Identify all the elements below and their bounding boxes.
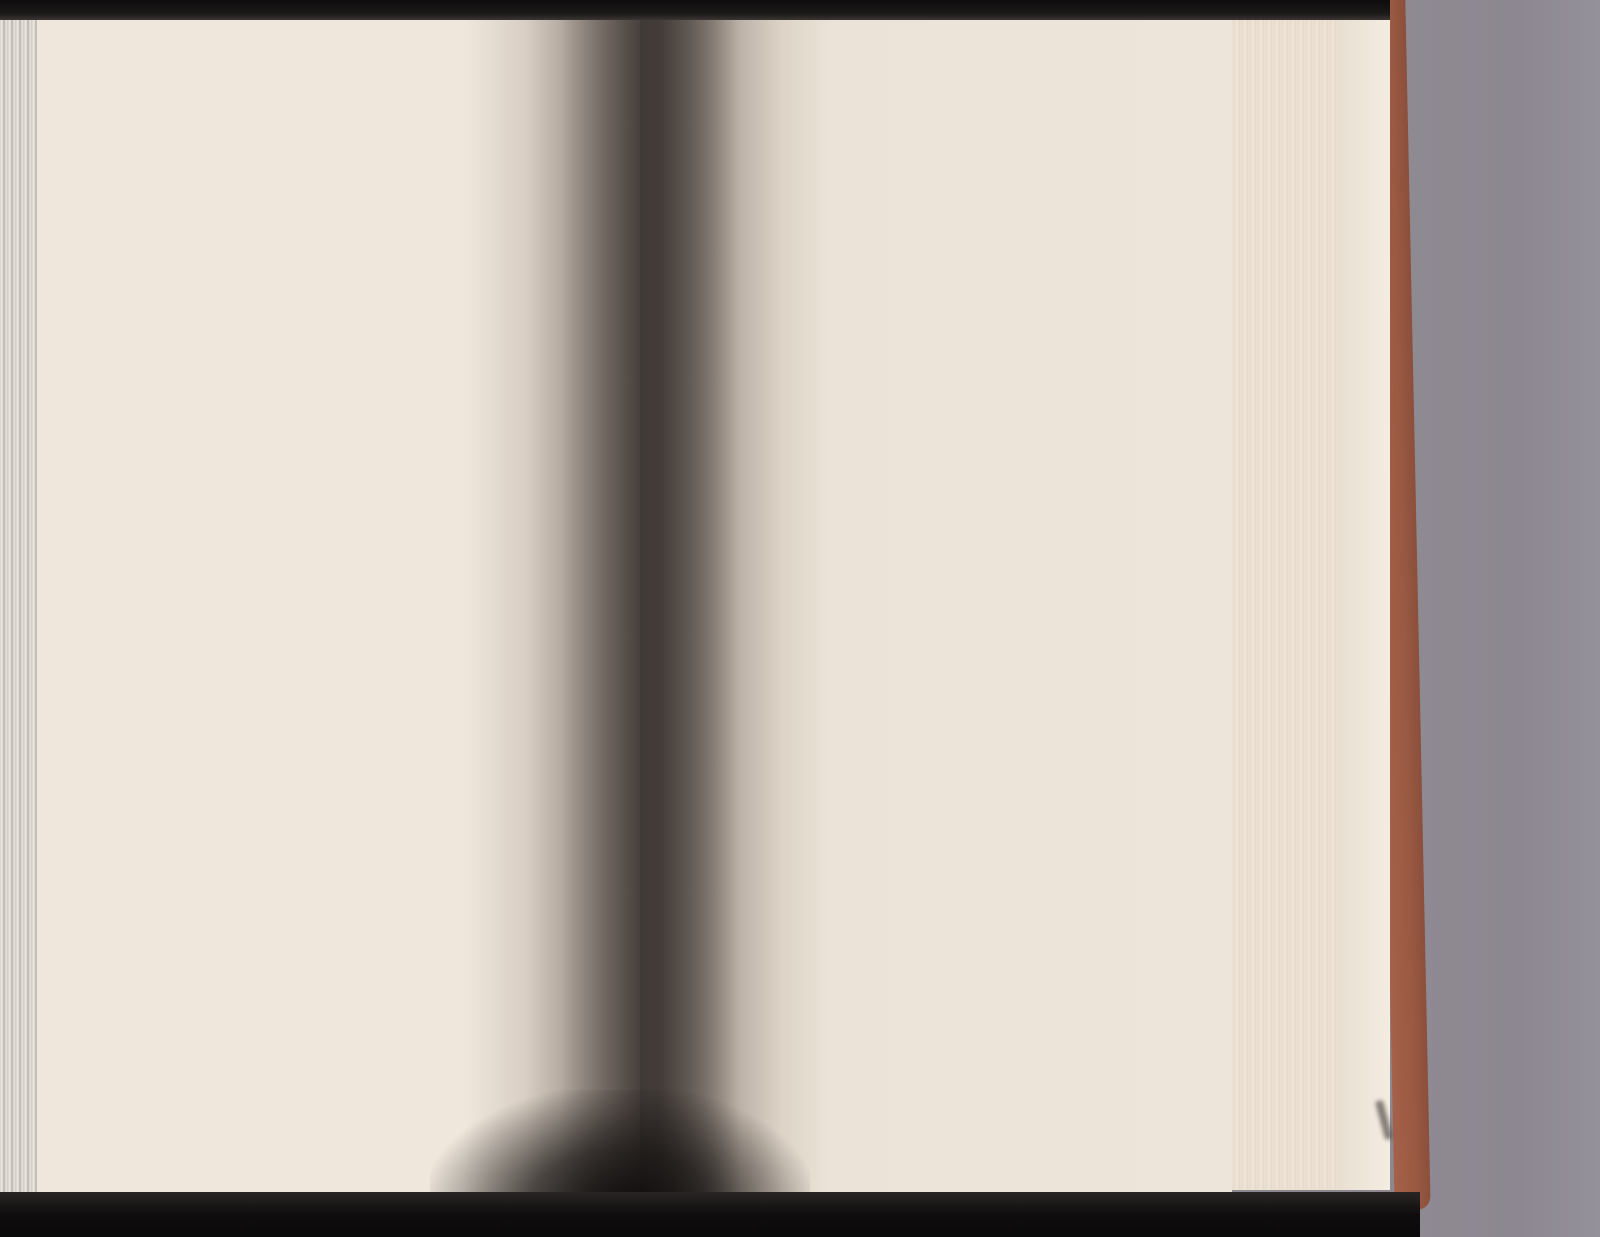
left-page-edges <box>0 18 38 1198</box>
background-surface <box>1400 0 1600 1237</box>
left-page <box>37 18 647 1194</box>
bottom-shadow-band <box>0 1192 1420 1237</box>
right-page-edges <box>1232 0 1390 1190</box>
book-gutter <box>560 18 740 1194</box>
photo-scene: 124 DATE CAKE ¾ lb. flour, 6 oz. brown s… <box>0 0 1600 1237</box>
top-shadow-band <box>0 0 1390 20</box>
